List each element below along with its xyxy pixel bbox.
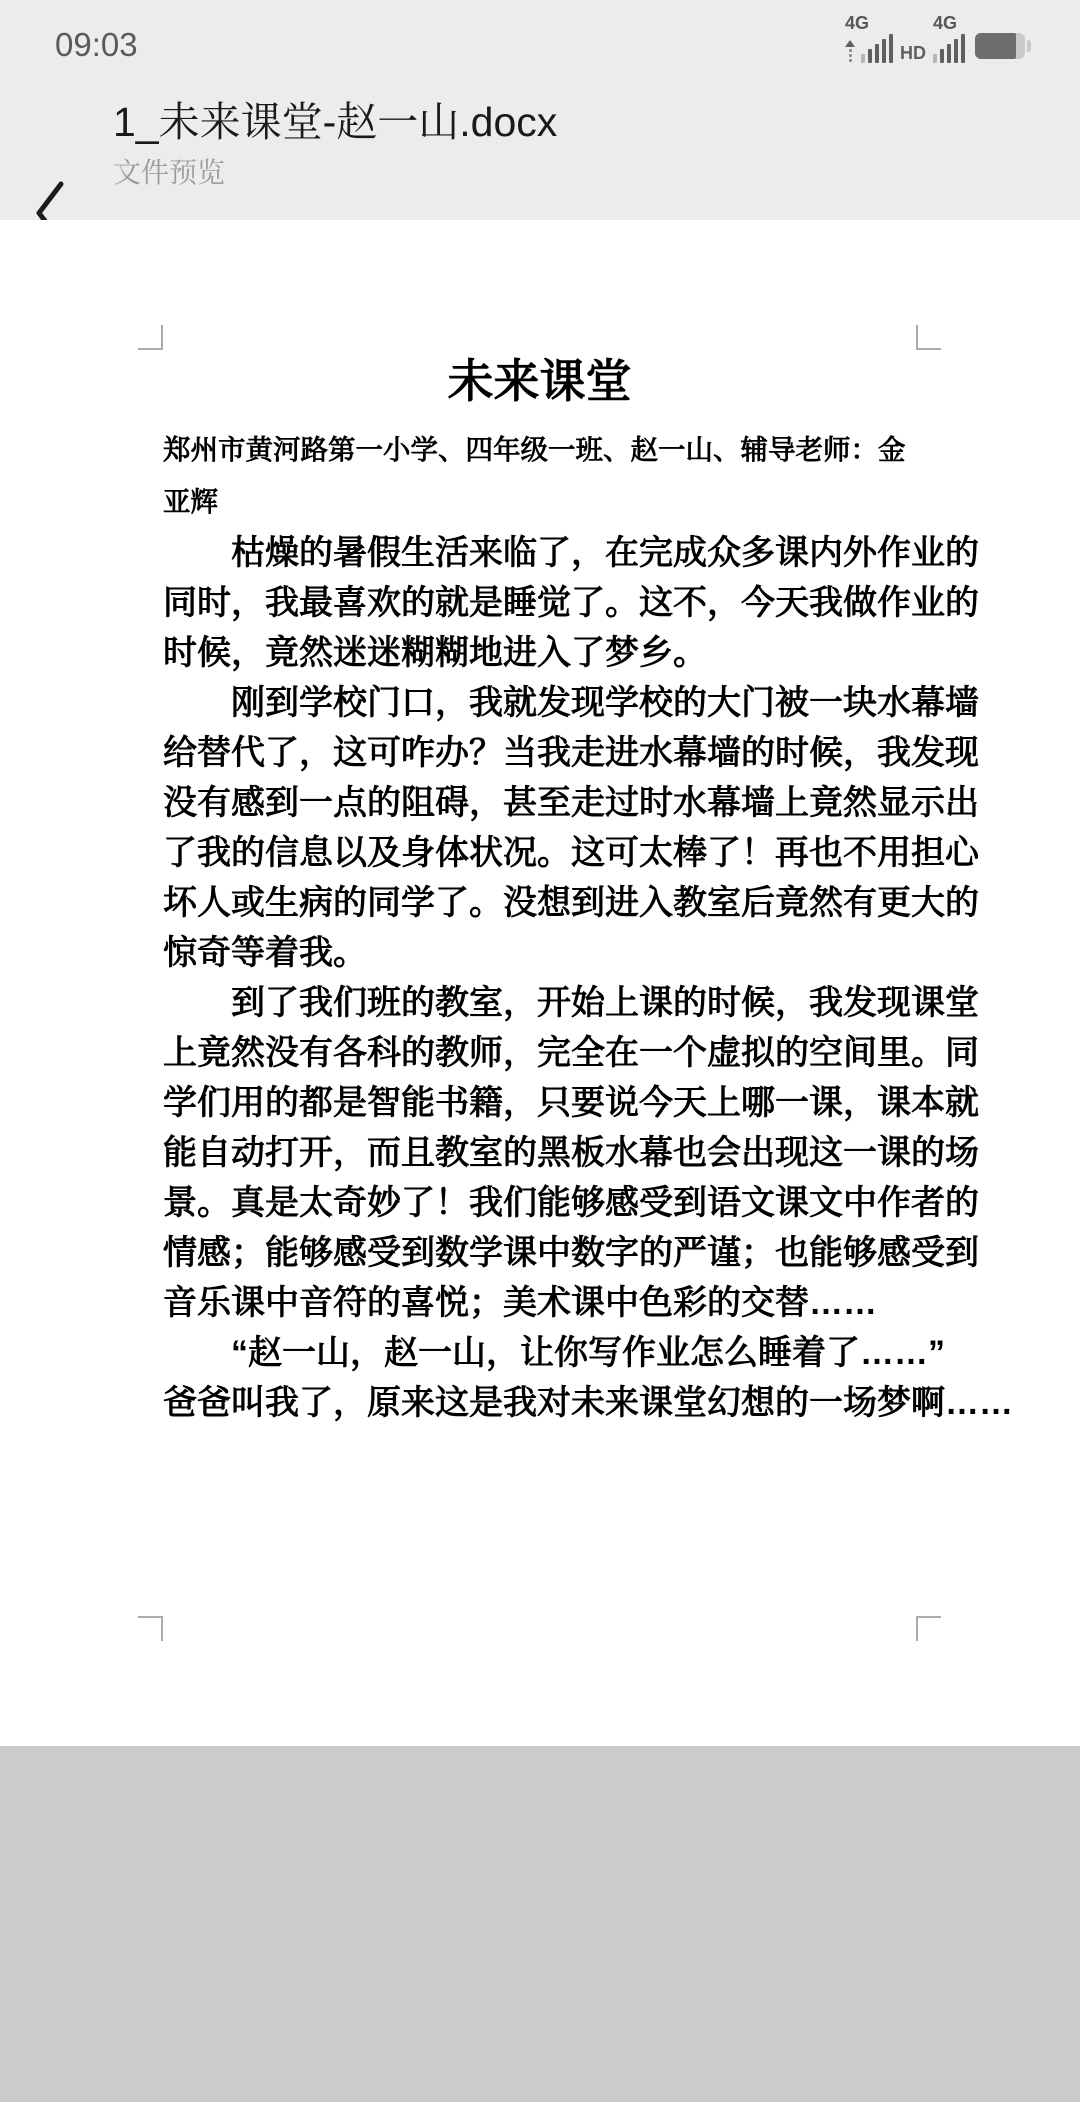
signal-bars-icon-1 (861, 34, 893, 63)
body-text-line: 景。真是太奇妙了！我们能够感受到语文课文中作者的 (163, 1178, 916, 1228)
body-text-line: 同时，我最喜欢的就是睡觉了。这不，今天我做作业的 (163, 578, 916, 628)
volte-hd-icon: HD (900, 44, 926, 62)
body-text-line: “赵一山，赵一山，让你写作业怎么睡着了……” (163, 1328, 916, 1378)
app-header: 1_未来课堂-赵一山.docx 文件预览 (0, 75, 1080, 220)
body-text-line: 爸爸叫我了，原来这是我对未来课堂幻想的一场梦啊…… (163, 1378, 916, 1428)
body-text-line: 了我的信息以及身体状况。这可太棒了！再也不用担心 (163, 828, 916, 878)
corner-mark-top-right (916, 325, 941, 350)
signal-group-sim2: 4G (933, 14, 965, 63)
body-text-line: 上竟然没有各科的教师，完全在一个虚拟的空间里。同 (163, 1028, 916, 1078)
body-text-line: 刚到学校门口，我就发现学校的大门被一块水幕墙 (163, 678, 916, 728)
body-text-line: 音乐课中音符的喜悦；美术课中色彩的交替…… (163, 1278, 916, 1328)
file-name-title: 1_未来课堂-赵一山.docx (113, 93, 960, 151)
corner-mark-bottom-left (138, 1616, 163, 1641)
byline-line: 郑州市黄河路第一小学、四年级一班、赵一山、辅导老师：金 (163, 424, 916, 476)
battery-icon (975, 33, 1025, 59)
file-preview-subtitle: 文件预览 (113, 155, 960, 191)
body-text-line: 能自动打开，而且教室的黑板水幕也会出现这一课的场 (163, 1128, 916, 1178)
battery-fill (975, 33, 1016, 59)
body-text-line: 枯燥的暑假生活来临了，在完成众多课内外作业的 (163, 528, 916, 578)
battery-tip (1027, 40, 1031, 52)
body-text-line: 学们用的都是智能书籍，只要说今天上哪一课，课本就 (163, 1078, 916, 1128)
body-text-line: 情感；能够感受到数学课中数字的严谨；也能够感受到 (163, 1228, 916, 1278)
network-type-label-2: 4G (933, 14, 957, 32)
data-activity-arrows-icon (845, 40, 855, 62)
document-byline: 郑州市黄河路第一小学、四年级一班、赵一山、辅导老师：金亚辉 (163, 424, 916, 528)
body-text-line: 没有感到一点的阻碍，甚至走过时水幕墙上竟然显示出 (163, 778, 916, 828)
header-titles: 1_未来课堂-赵一山.docx 文件预览 (113, 75, 960, 191)
body-text-line: 坏人或生病的同学了。没想到进入教室后竟然有更大的 (163, 878, 916, 928)
signal-bars-icon-2 (933, 34, 965, 63)
document-body: 枯燥的暑假生活来临了，在完成众多课内外作业的同时，我最喜欢的就是睡觉了。这不，今… (163, 528, 916, 1428)
network-type-label-1: 4G (845, 14, 869, 32)
clock: 09:03 (55, 28, 138, 61)
preview-background-area (0, 1746, 1080, 2102)
document-preview[interactable]: 未来课堂 郑州市黄河路第一小学、四年级一班、赵一山、辅导老师：金亚辉 枯燥的暑假… (0, 220, 1080, 1746)
corner-mark-bottom-right (916, 1616, 941, 1641)
status-icons: 4G HD 4G (845, 14, 1031, 63)
document-title: 未来课堂 (163, 350, 916, 412)
status-bar: 09:03 4G HD 4G (0, 0, 1080, 75)
signal-group-sim1: 4G (845, 14, 893, 63)
body-text-line: 惊奇等着我。 (163, 928, 916, 978)
phone-screen: 09:03 4G HD 4G (0, 0, 1080, 2102)
body-text-line: 到了我们班的教室，开始上课的时候，我发现课堂 (163, 978, 916, 1028)
byline-line: 亚辉 (163, 476, 916, 528)
body-text-line: 给替代了，这可咋办？当我走进水幕墙的时候，我发现 (163, 728, 916, 778)
corner-mark-top-left (138, 325, 163, 350)
body-text-line: 时候，竟然迷迷糊糊地进入了梦乡。 (163, 628, 916, 678)
